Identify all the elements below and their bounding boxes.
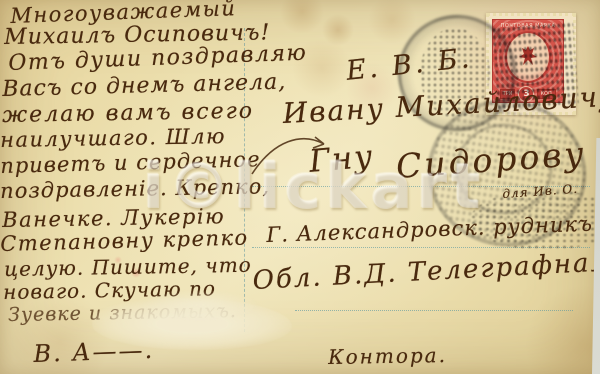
signature: В. А——.	[33, 338, 154, 366]
address-guide-line	[295, 310, 573, 311]
message-line: наилучшаго. Шлю	[0, 126, 226, 151]
message-line: желаю вамъ всего	[2, 101, 254, 127]
postcard-photo: ПОЧТОВАЯ МАРКА ТРИ 3 КОП. Многоуважаемый…	[0, 0, 600, 374]
stock-watermark: i©lickart	[143, 150, 485, 223]
scraped-paper-patch	[140, 290, 260, 320]
address-office: Контора.	[328, 345, 447, 367]
